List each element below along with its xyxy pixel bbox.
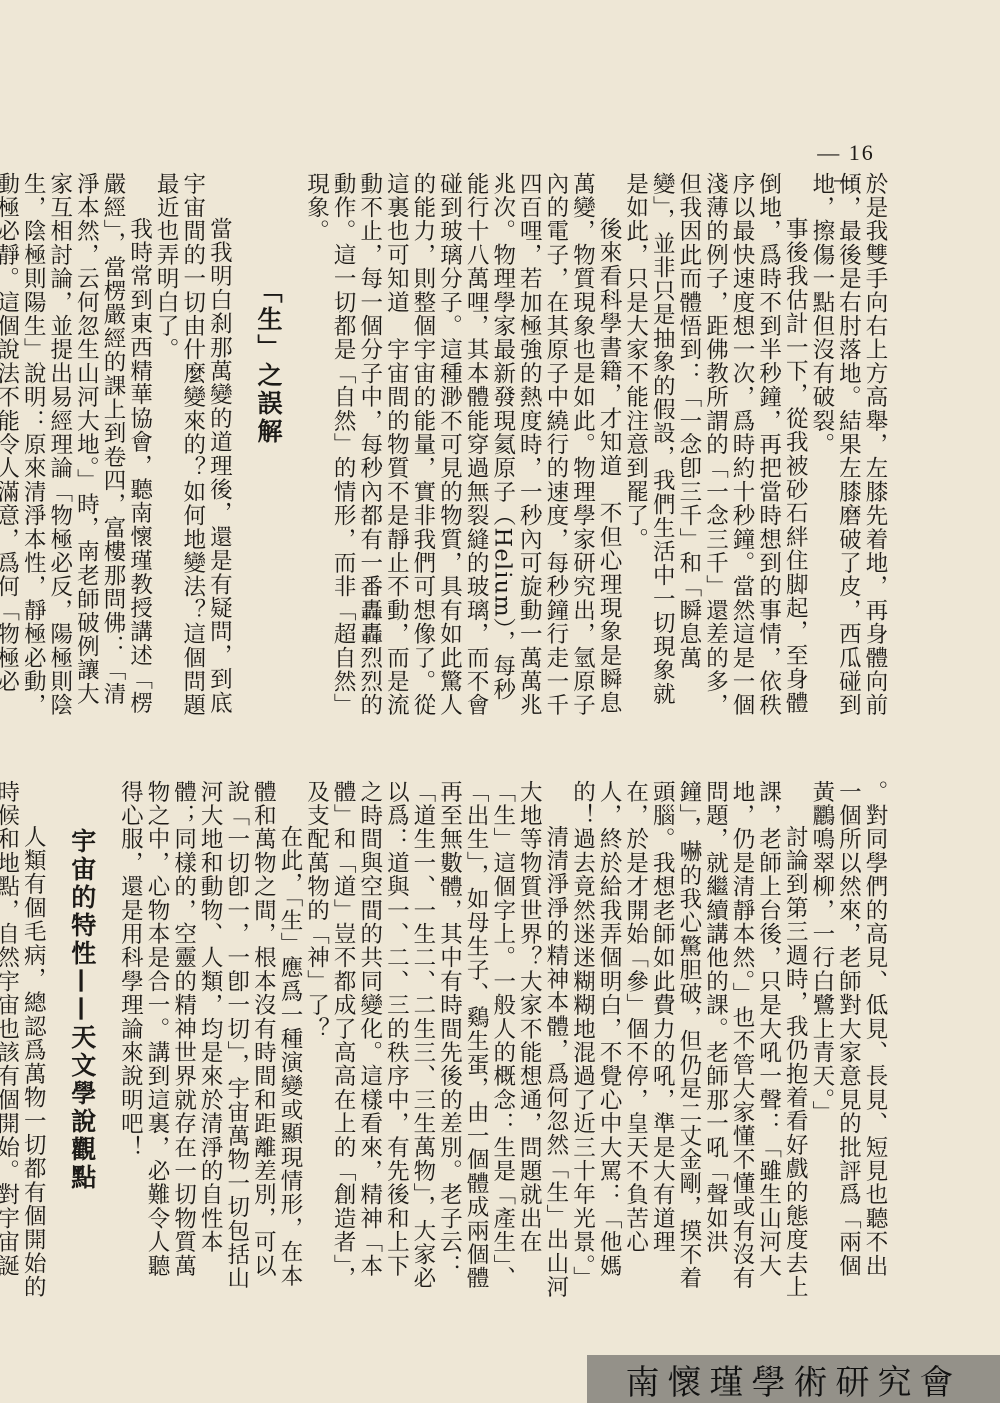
publisher-banner: 南懷瑾學術研究會 bbox=[587, 1355, 1000, 1403]
paragraph: 人類有個毛病，總認爲萬物一切都有個開始的時候和地點，自然宇宙也該有個開始。對宇宙… bbox=[0, 780, 46, 1300]
paragraph: 討論到第三週時，我仍抱着看好戲的態度去上課，老師上台後，只是大吼一聲：「雖生山河… bbox=[569, 780, 808, 1300]
paragraph: 於是我雙手向右上方高舉，左膝先着地，再身體向前傾，最後是右肘落地。結果左膝磨破了… bbox=[808, 172, 888, 720]
paragraph: 清清淨淨的精神本體，爲何忽然「生」出山河大地等物質世界？大家不能想通，問題就出在… bbox=[303, 780, 569, 1300]
paragraph: 事後我估計一下，從我被砂石絆住脚起，至身體倒地，爲時不到半秒鐘，再把當時想到的事… bbox=[622, 172, 808, 720]
bottom-section: 。對同學們的高見、低見、長見、短見也聽不出一個所以然來，老師對大家意見的批評爲「… bbox=[0, 780, 888, 1300]
paragraph: 在此，「生」應爲一種演變或顯現情形，在本體和萬物之間，根本沒有時間和距離差別，可… bbox=[117, 780, 303, 1300]
paragraph: 我時常到東西精華協會，聽南懷瑾教授講述「楞嚴經」，當楞嚴經的課上到卷四，富樓那問… bbox=[0, 172, 153, 720]
paragraph: 後來看科學書籍，才知道 不但心理現象是瞬息萬變，物質現象也是如此。物理學家研究出… bbox=[303, 172, 622, 720]
paragraph: 當我明白刹那萬變的道理後，還是有疑問，到底宇宙間的一切由什麼變來的？如何地變法？… bbox=[153, 172, 233, 720]
section-heading: 「生」之誤解 bbox=[254, 172, 281, 720]
section-heading: 宇宙的特性——天文學說觀點 bbox=[68, 780, 95, 1300]
top-section: 於是我雙手向右上方高舉，左膝先着地，再身體向前傾，最後是右肘落地。結果左膝磨破了… bbox=[0, 172, 888, 720]
paragraph: 。對同學們的高見、低見、長見、短見也聽不出一個所以然來，老師對大家意見的批評爲「… bbox=[808, 780, 888, 1300]
